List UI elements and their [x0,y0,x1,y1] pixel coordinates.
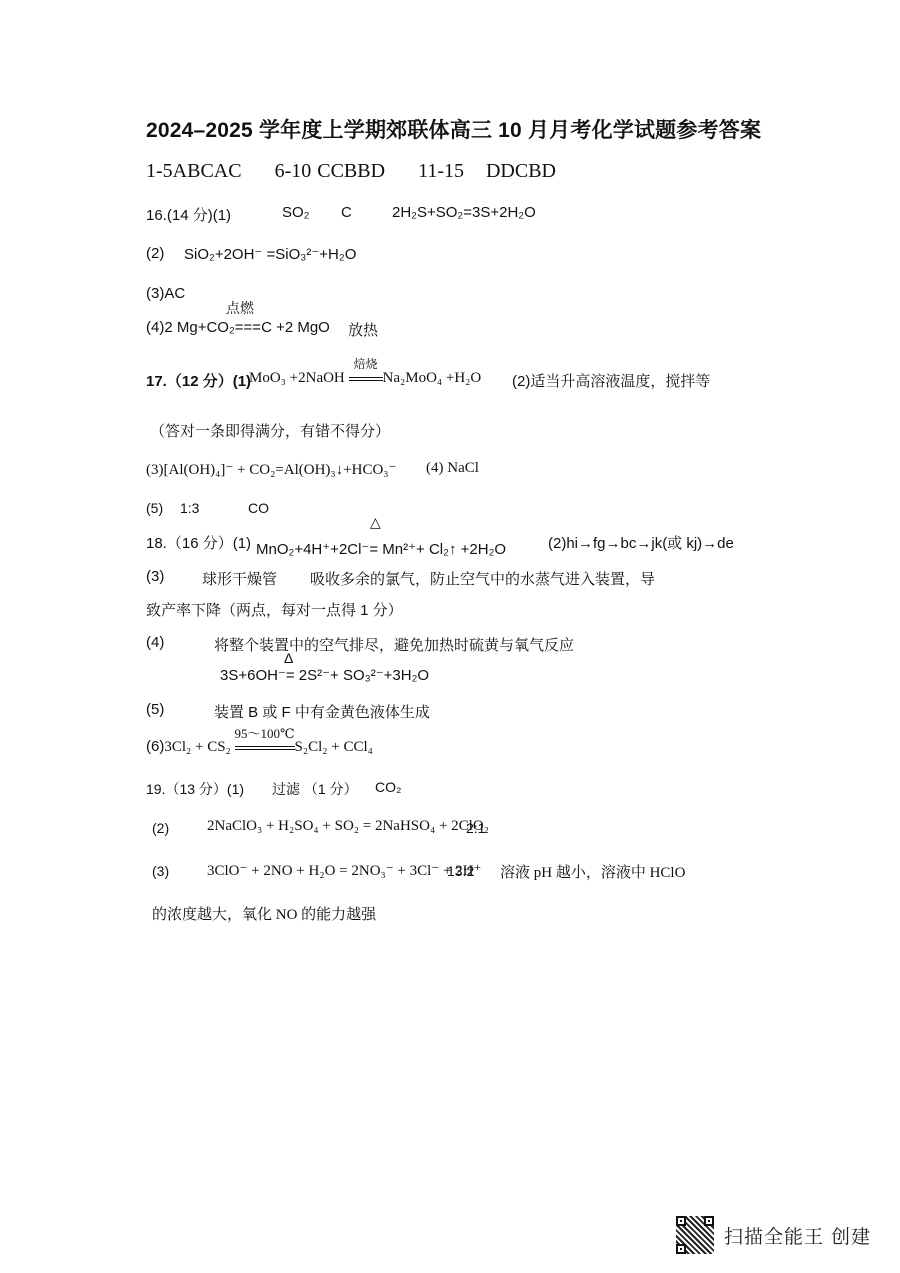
q17-p1-equation: MoO₃ +2NaOH 焙烧 Na₂MoO₄ +H₂O [249,370,481,387]
q16-p3-answer: (3)AC [146,285,185,302]
q17-p5-label: (5) [146,500,163,516]
q18-header: 18.（16 分）(1) [146,532,251,553]
q18-p5-label: (5) [146,701,164,718]
q18-p3-answer-b: 吸收多余的氯气，防止空气中的水蒸气进入装置，导 [310,568,655,589]
mc-group-1: 1-5ABCAC [146,160,242,182]
q17-p2-note: （答对一条即得满分，有错不得分） [150,420,390,441]
q17-header: 17.（12 分）(1) [146,370,251,391]
q19-p2-equation: 2NaClO₃ + H₂SO₄ + SO₂ = 2NaHSO₄ + 2ClO₂ [207,818,489,835]
q19-p1-answer-a: 过滤 （1 分） [272,779,358,799]
q16-p1-answer-a: SO₂ [282,204,310,221]
q17-p2-answer: (2)适当升高溶液温度，搅拌等 [512,370,710,391]
q19-header: 19.（13 分）(1) [146,779,244,799]
q17-p5-answer-b: CO [248,500,269,516]
page-title: 2024–2025 学年度上学期郊联体高三 10 月月考化学试题参考答案 [146,114,761,144]
q19-p3-ratio: 13:2 [447,863,474,879]
q19-p2-ratio: 2:1 [466,820,485,836]
q19-p3-label: (3) [152,863,169,879]
q16-p2-label: (2) [146,245,164,262]
q16-header: 16.(14 分)(1) [146,204,231,225]
q16-p2-equation: SiO₂+2OH⁻ =SiO₃²⁻+H₂O [184,245,356,263]
q18-p1-equation: MnO₂+4H⁺+2Cl⁻= Mn²⁺+ Cl₂↑ +2H₂O [256,540,506,558]
q16-p1-answer-b: C [341,204,352,221]
q16-p4-note: 放热 [348,319,378,340]
qr-code-icon [676,1216,714,1254]
scanner-watermark: 扫描全能王 创建 [676,1216,871,1254]
multiple-choice-answers: 1-5ABCAC 6-10CCBBD 11-15DDCBD [146,160,584,183]
q18-p3-answer-b-cont: 致产率下降（两点，每对一点得 1 分） [146,599,403,620]
q18-p4-label: (4) [146,634,164,651]
q18-p4-condition: Δ [284,650,293,666]
q18-p4-answer-a: 将整个装置中的空气排尽，避免加热时硫黄与氧气反应 [214,634,574,655]
mc-group-2: 6-10CCBBD [275,160,385,182]
q18-p1-condition: △ [370,514,381,531]
q19-p1-answer-b: CO₂ [375,779,401,795]
q18-p6-equation: (6)3Cl₂ + CS₂ 95～100℃ S₂Cl₂ + CCl₄ [146,738,373,756]
q16-p4-condition: 点燃 [226,298,254,318]
q17-p3-equation: (3)[Al(OH)₄]⁻ + CO₂=Al(OH)₃↓+HCO₃⁻ [146,460,396,479]
q19-p3-equation: 3ClO⁻ + 2NO + H₂O = 2NO₃⁻ + 3Cl⁻ + 2H⁺ [207,861,481,880]
q18-p2-answer: (2)hi→fg→bc→jk(或 kj)→de [548,532,734,553]
q17-p1-condition-arrow: 焙烧 [349,370,383,387]
q18-p4-equation: 3S+6OH⁻= 2S²⁻+ SO₃²⁻+3H₂O [220,666,429,684]
q19-p2-label: (2) [152,820,169,836]
q18-p6-condition-arrow: 95～100℃ [235,739,295,756]
q16-p1-equation: 2H₂S+SO₂=3S+2H₂O [392,204,536,221]
q16-p4-equation: (4)2 Mg+CO₂===C +2 MgO [146,319,330,336]
mc-group-3: 11-15DDCBD [418,160,556,182]
q19-p3-note: 溶液 pH 越小，溶液中 HClO [500,861,685,882]
q19-p3-note-cont: 的浓度越大，氧化 NO 的能力越强 [152,903,376,924]
q17-p5-answer-a: 1:3 [180,500,199,516]
q18-p5-answer: 装置 B 或 F 中有金黄色液体生成 [214,701,430,722]
q18-p3-answer-a: 球形干燥管 [202,568,277,589]
q18-p3-label: (3) [146,568,164,585]
watermark-text: 扫描全能王 创建 [724,1222,871,1249]
q17-p4-answer: (4) NaCl [426,460,479,477]
